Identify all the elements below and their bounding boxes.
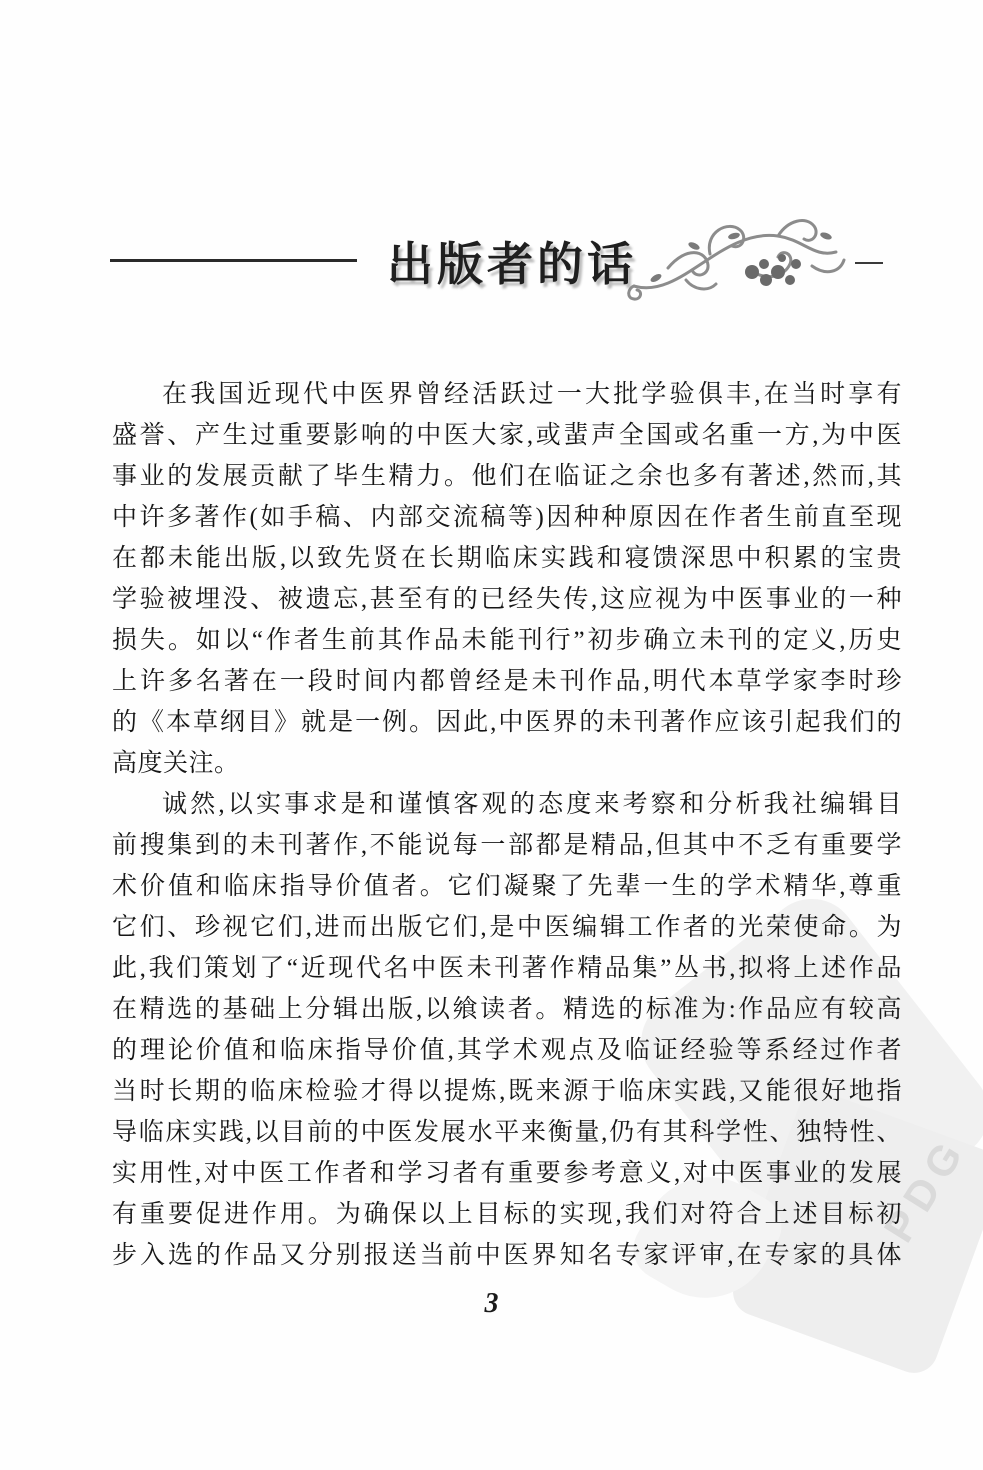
text-line: 步入选的作品又分别报送当前中医界知名专家评审,在专家的具体 bbox=[112, 1235, 902, 1276]
text-line: 中许多著作(如手稿、内部交流稿等)因种种原因在作者生前直至现 bbox=[112, 497, 902, 538]
text-line: 导临床实践,以目前的中医发展水平来衡量,仍有其科学性、独特性、 bbox=[112, 1112, 902, 1153]
paragraph: 在我国近现代中医界曾经活跃过一大批学验俱丰,在当时享有盛誉、产生过重要影响的中医… bbox=[112, 374, 902, 784]
text-line: 在都未能出版,以致先贤在长期临床实践和寝馈深思中积累的宝贵 bbox=[112, 538, 902, 579]
text-line: 前搜集到的未刊著作,不能说每一部都是精品,但其中不乏有重要学 bbox=[112, 825, 902, 866]
text-line: 学验被埋没、被遗忘,甚至有的已经失传,这应视为中医事业的一种 bbox=[112, 579, 902, 620]
text-line: 诚然,以实事求是和谨慎客观的态度来考察和分析我社编辑目 bbox=[112, 784, 902, 825]
text-line: 此,我们策划了“近现代名中医未刊著作精品集”丛书,拟将上述作品 bbox=[112, 948, 902, 989]
text-line: 的《本草纲目》就是一例。因此,中医界的未刊著作应该引起我们的 bbox=[112, 702, 902, 743]
scanned-book-page: PDG 出版者的话 bbox=[0, 0, 983, 1470]
header-rule-right bbox=[855, 262, 883, 264]
page-number: 3 bbox=[0, 1288, 983, 1320]
text-line: 损失。如以“作者生前其作品未能刊行”初步确立未刊的定义,历史 bbox=[112, 620, 902, 661]
text-line: 它们、珍视它们,进而出版它们,是中医编辑工作者的光荣使命。为 bbox=[112, 907, 902, 948]
text-line: 事业的发展贡献了毕生精力。他们在临证之余也多有著述,然而,其 bbox=[112, 456, 902, 497]
text-line: 术价值和临床指导价值者。它们凝聚了先辈一生的学术精华,尊重 bbox=[112, 866, 902, 907]
text-line: 当时长期的临床检验才得以提炼,既来源于临床实践,又能很好地指 bbox=[112, 1071, 902, 1112]
text-line: 在我国近现代中医界曾经活跃过一大批学验俱丰,在当时享有 bbox=[112, 374, 902, 415]
page-title: 出版者的话 bbox=[387, 228, 637, 294]
text-line: 在精选的基础上分辑出版,以飨读者。精选的标准为:作品应有较高 bbox=[112, 989, 902, 1030]
header-rule-left bbox=[110, 259, 357, 262]
text-line: 有重要促进作用。为确保以上目标的实现,我们对符合上述目标初 bbox=[112, 1194, 902, 1235]
paragraph: 诚然,以实事求是和谨慎客观的态度来考察和分析我社编辑目前搜集到的未刊著作,不能说… bbox=[112, 784, 902, 1276]
text-line: 高度关注。 bbox=[112, 743, 902, 784]
floral-flourish-icon bbox=[626, 206, 851, 306]
text-line: 实用性,对中医工作者和学习者有重要参考意义,对中医事业的发展 bbox=[112, 1153, 902, 1194]
text-line: 的理论价值和临床指导价值,其学术观点及临证经验等系经过作者 bbox=[112, 1030, 902, 1071]
text-line: 盛誉、产生过重要影响的中医大家,或蜚声全国或名重一方,为中医 bbox=[112, 415, 902, 456]
text-line: 上许多名著在一段时间内都曾经是未刊作品,明代本草学家李时珍 bbox=[112, 661, 902, 702]
body-text: 在我国近现代中医界曾经活跃过一大批学验俱丰,在当时享有盛誉、产生过重要影响的中医… bbox=[112, 374, 902, 1276]
